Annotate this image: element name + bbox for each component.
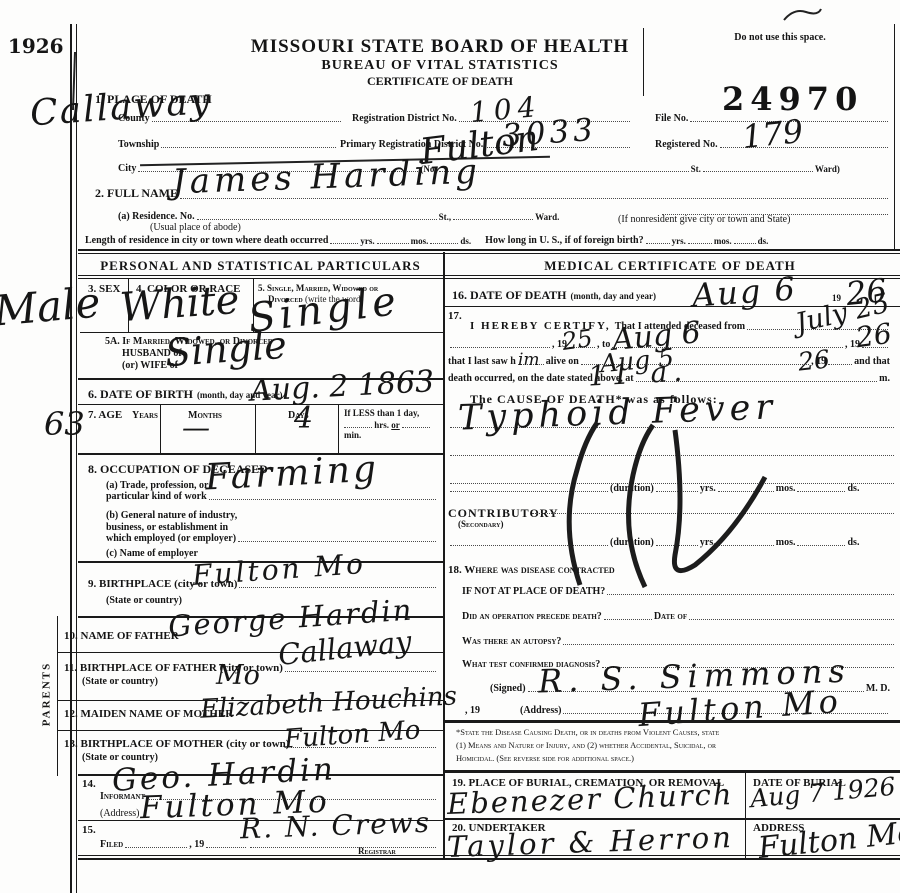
age-label: 7. AGE [88,409,122,421]
occupation-value: Farming [204,451,380,496]
undertaker-value: Taylor & Herron [447,823,735,862]
nonresident-note: (If nonresident give city or town and St… [618,214,790,225]
form-line: Was there an autopsy? [462,635,896,647]
dur2-ds: ds. [847,537,859,548]
residence-ward-label: Ward. [535,212,559,222]
form-line: (a) Residence. No. St., Ward. [118,210,638,222]
rule [70,24,72,893]
occ-a2-label: particular kind of work [106,491,207,502]
md-label: M. D. [866,683,890,694]
rule [445,275,900,276]
form-line: Township [118,138,338,150]
spouse-value: Single [164,326,288,372]
city-st-blank [703,162,813,172]
dob-label: 6. DATE OF BIRTH [88,387,193,401]
us-yrs-blank [646,234,670,244]
dur1-blank3 [797,482,845,492]
form-line: IF NOT AT PLACE OF DEATH? [462,585,896,597]
registered-no-label: Registered No. [655,139,718,150]
dur1-mos: mos. [776,483,796,494]
file-no-label: File No. [655,113,688,124]
age-min-label: min. [344,430,361,440]
last-saw-pronoun: im [518,352,540,369]
registered-no-value: 179 [740,115,804,153]
rule [745,773,746,858]
sex-value: Male [0,281,102,332]
residence-st-label: St., [439,212,452,222]
age-years-label: Years [132,410,158,421]
rule [78,253,900,254]
from-date-blank [450,338,550,348]
filed-label: Filed [100,839,123,850]
rule [443,252,445,858]
rule [643,28,644,96]
rule [445,278,900,279]
rule [78,275,443,276]
rule [160,404,161,453]
personal-section-title: PERSONAL AND STATISTICAL PARTICULARS [78,258,443,274]
bureau-subtitle: BUREAU OF VITAL STATISTICS [240,58,640,74]
father-label: 10. NAME OF FATHER [64,630,179,642]
len-yrs-blank [330,234,358,244]
last-saw-year-blank [828,355,852,365]
rule [255,404,256,453]
how-long-us-label: How long in U. S., if of foreign birth? [485,235,643,246]
residence-label: (a) Residence. No. [118,211,195,222]
do-not-use-note: Do not use this space. [690,32,870,43]
corner-date-stamp: , 1926 [0,36,64,56]
death-time-value: 11 a. [587,357,688,390]
informant-address-label: (Address) [100,808,139,819]
township-blank [161,138,336,148]
date-of-label: Date of [654,611,687,622]
death-m-label: m. [879,373,890,384]
rule [445,720,900,723]
date-of-blank [689,610,894,620]
form-line: which employed (or employer) [106,532,438,544]
header: MISSOURI STATE BOARD OF HEALTH BUREAU OF… [240,36,640,89]
dob-value: Aug. 2 1863 [249,367,435,407]
primary-reg-value: 3033 [501,115,598,153]
us-ds-label: ds. [758,236,769,246]
sig-19-label: , 19 [465,705,480,716]
age-hrs-label: hrs. [374,420,389,430]
age-less-note1: If LESS than 1 [344,408,401,418]
dod-label: 16. DATE OF DEATH [452,288,566,302]
doc-type-title: CERTIFICATE OF DEATH [240,74,640,89]
age-days-value: 4 [294,404,313,434]
if-not-label: IF NOT AT PLACE OF DEATH? [462,586,605,597]
occ-b-blank [238,532,436,542]
us-ds-blank [734,234,756,244]
birthplace-state-note: (State or country) [106,595,182,606]
age-years-value: 63 [44,408,85,440]
race-value: White [119,280,241,328]
autopsy-blank [563,635,894,645]
if-not-blank [607,585,894,595]
and-that-label: and that [854,356,890,367]
to-year-value: 26 [854,320,893,353]
mother-bp-label: 13. BIRTHPLACE OF MOTHER (city or town) [64,738,289,750]
filed-19: , 19 [189,839,204,850]
last-saw-year-value: 26 [797,346,831,374]
residence-no-blank [197,210,437,220]
filed-date-blank [125,838,187,848]
age-hrs-blank [344,418,372,428]
len-ds-label: ds. [460,236,471,246]
dur2-mos: mos. [776,537,796,548]
parents-label: PARENTS [40,662,52,727]
footnote-line1: *State the Disease Causing Death, or in … [456,726,894,739]
us-yrs-label: yrs. [672,236,686,246]
operation-label: Did an operation precede death? [462,611,602,622]
occ-c-label: (c) Name of employer [106,548,198,559]
city-ward-label: Ward) [815,164,840,174]
len-ds-blank [430,234,458,244]
pen-checkmark [782,6,822,24]
operation-blank [604,610,652,620]
signed-label: (Signed) [490,683,526,694]
dod-month-day-value: Aug 6 [691,272,798,311]
death-certificate-page: , 1926 MISSOURI STATE BOARD OF HEALTH BU… [0,0,900,893]
age-less-note2: day, [404,408,420,418]
father-bp-state-value: Mo [216,662,260,689]
len-mos-label: mos. [411,236,429,246]
age-or-label: or [391,420,400,430]
len-yrs-label: yrs. [360,236,374,246]
us-mos-label: mos. [714,236,732,246]
dur1-ds: ds. [847,483,859,494]
filed-no: 15. [82,824,96,836]
footnote-line2: (1) Means and Nature of Injury, and (2) … [456,739,894,752]
rule [445,770,900,773]
residence-st-blank [453,210,533,220]
full-name-label: 2. FULL NAME [95,186,178,201]
dur2-blank3 [797,536,845,546]
rule [894,24,895,250]
form-line: Length of residence in city or town wher… [85,234,890,246]
registrar-label: Registrar [358,846,396,856]
reg-district-label: Registration District No. [352,113,457,124]
len-mos-blank [377,234,409,244]
abode-note: (Usual place of abode) [150,222,241,233]
board-title: MISSOURI STATE BOARD OF HEALTH [240,36,640,58]
alive-on-label: alive on [546,356,579,367]
where-contracted-label: 18. Where was disease contracted [448,564,615,576]
us-mos-blank [688,234,712,244]
rule [76,24,77,893]
county-value: Callaway [29,84,213,133]
age-months-value: — [182,414,210,442]
rule [57,616,58,776]
age-min-blank [402,418,430,428]
form-line: Did an operation precede death? Date of [462,610,896,622]
from-year-value: 25 [560,326,594,354]
registrar-signature: R. N. Crews [240,809,432,844]
township-label: Township [118,139,159,150]
full-name-value: James Harding [172,155,482,200]
dod-note: (month, day and year) [570,291,656,301]
city-label: City [118,163,136,174]
city-st-label: St. [691,164,701,174]
occ-b3-label: which employed (or employer) [106,533,236,544]
autopsy-label: Was there an autopsy? [462,636,561,647]
length-residence-label: Length of residence in city or town wher… [85,235,328,246]
sig-address-label: (Address) [520,705,561,716]
occ-b1-label: (b) General nature of industry, [106,510,237,521]
secondary-label: (Secondary) [458,519,503,529]
medical-section-title: MEDICAL CERTIFICATE OF DEATH [445,258,895,274]
informant-no: 14. [82,778,96,790]
rule [338,404,339,453]
last-saw-label: that I last saw h [448,356,516,367]
item17-label: 17. [448,310,462,322]
rule [78,249,900,251]
footnote-line3: Homicidal. (See reverse side for additio… [456,752,894,765]
father-bp-state-note: (State or country) [82,676,158,687]
burial-value: Ebenezer Church [447,780,734,819]
